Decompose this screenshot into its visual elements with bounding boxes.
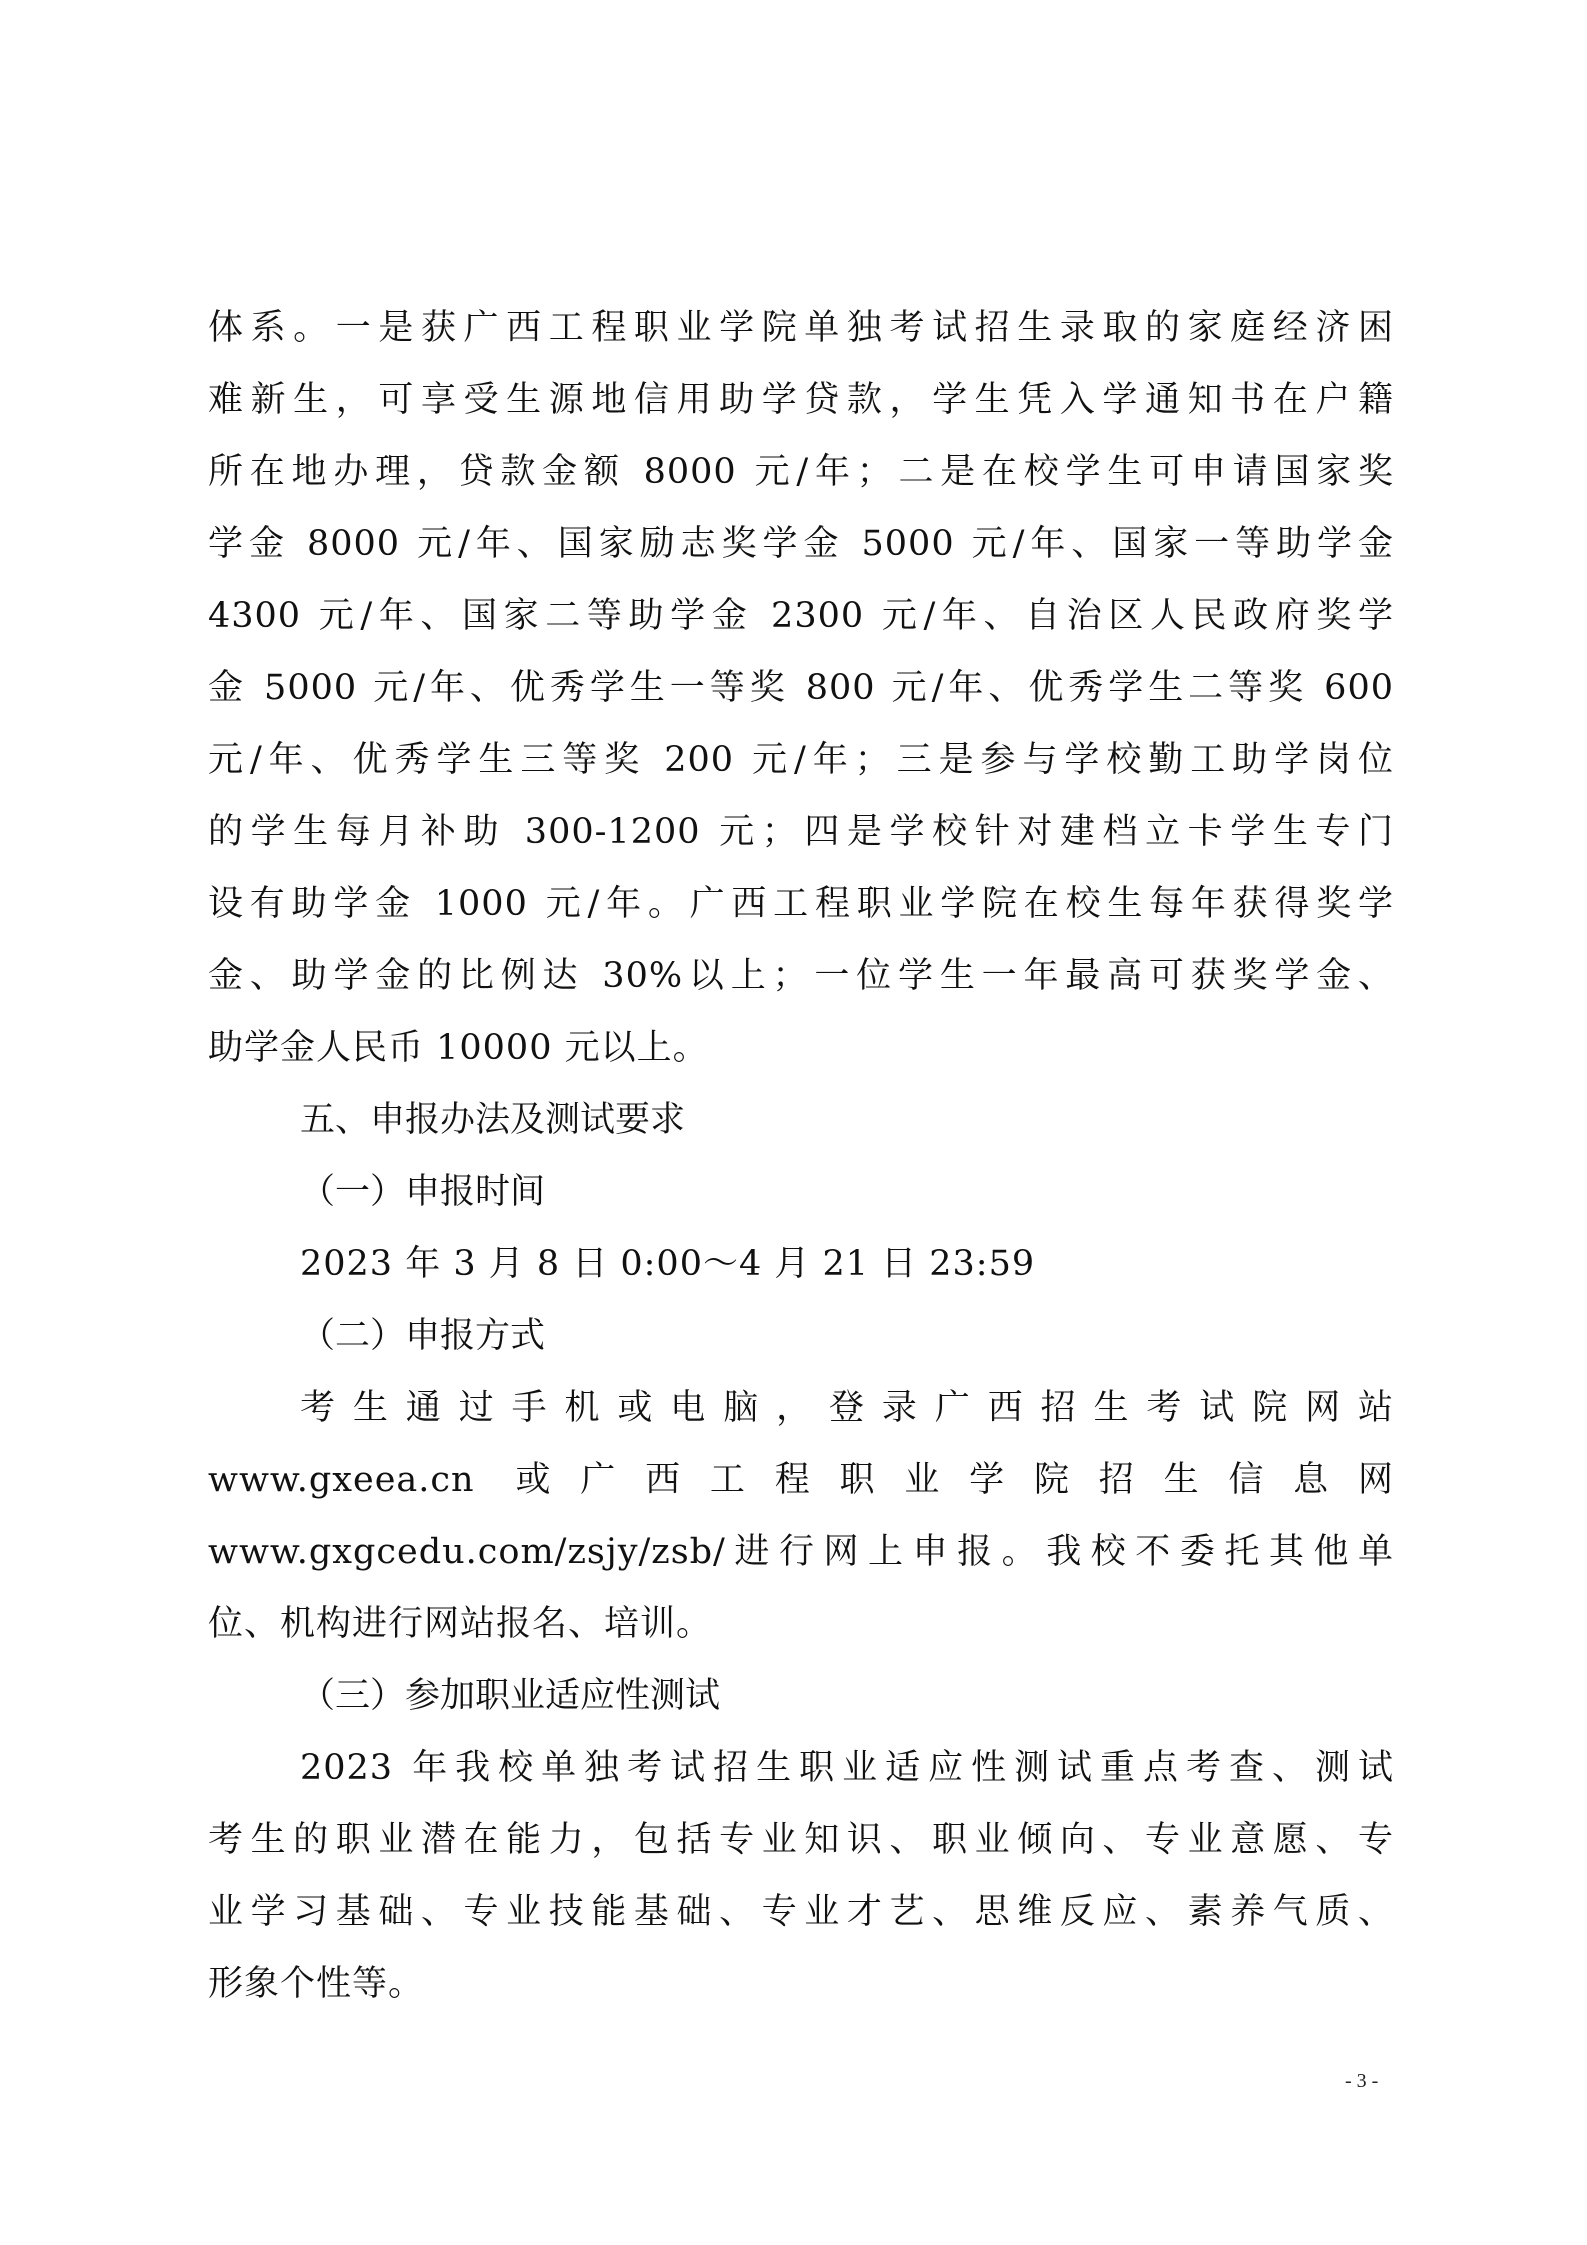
text-line: 的学生每月补助 300-1200 元；四是学校针对建档立卡学生专门 <box>208 796 1394 868</box>
text-line: 助学金人民币 10000 元以上。 <box>208 1012 1394 1084</box>
text-line: 形象个性等。 <box>208 1948 1394 2020</box>
text-line: 考生通过手机或电脑，登录广西招生考试院网站 <box>208 1372 1394 1444</box>
page-number: - 3 - <box>1345 2070 1378 2093</box>
text-line: 业学习基础、专业技能基础、专业才艺、思维反应、素养气质、 <box>208 1876 1394 1948</box>
text-line: 金 5000 元/年、优秀学生一等奖 800 元/年、优秀学生二等奖 600 <box>208 652 1394 724</box>
section-heading: 五、申报办法及测试要求 <box>208 1084 1394 1156</box>
paragraph-aptitude-test: 2023 年我校单独考试招生职业适应性测试重点考查、测试 考生的职业潜在能力，包… <box>208 1732 1394 2020</box>
subsection-heading-test: （三）参加职业适应性测试 <box>208 1660 1394 1732</box>
text-line: 考生的职业潜在能力，包括专业知识、职业倾向、专业意愿、专 <box>208 1804 1394 1876</box>
paragraph-application-method: 考生通过手机或电脑，登录广西招生考试院网站 www.gxeea.cn 或广西工程… <box>208 1372 1394 1660</box>
text-line: 难新生，可享受生源地信用助学贷款，学生凭入学通知书在户籍 <box>208 364 1394 436</box>
application-period-text: 2023 年 3 月 8 日 0:00～4 月 21 日 23:59 <box>208 1228 1394 1300</box>
text-line-link: www.gxeea.cn 或广西工程职业学院招生信息网 <box>208 1444 1394 1516</box>
document-body: 体系。一是获广西工程职业学院单独考试招生录取的家庭经济困 难新生，可享受生源地信… <box>208 292 1394 2020</box>
text-line: 金、助学金的比例达 30%以上；一位学生一年最高可获奖学金、 <box>208 940 1394 1012</box>
text-line-link: www.gxgcedu.com/zsjy/zsb/进行网上申报。我校不委托其他单 <box>208 1516 1394 1588</box>
text-line: 4300 元/年、国家二等助学金 2300 元/年、自治区人民政府奖学 <box>208 580 1394 652</box>
text-line: 2023 年我校单独考试招生职业适应性测试重点考查、测试 <box>208 1732 1394 1804</box>
text-line: 元/年、优秀学生三等奖 200 元/年；三是参与学校勤工助学岗位 <box>208 724 1394 796</box>
document-page: 体系。一是获广西工程职业学院单独考试招生录取的家庭经济困 难新生，可享受生源地信… <box>0 0 1587 2245</box>
subsection-heading-method: （二）申报方式 <box>208 1300 1394 1372</box>
text-line: 体系。一是获广西工程职业学院单独考试招生录取的家庭经济困 <box>208 292 1394 364</box>
subsection-heading-time: （一）申报时间 <box>208 1156 1394 1228</box>
text-line: 学金 8000 元/年、国家励志奖学金 5000 元/年、国家一等助学金 <box>208 508 1394 580</box>
text-line: 位、机构进行网站报名、培训。 <box>208 1588 1394 1660</box>
text-line: 所在地办理，贷款金额 8000 元/年；二是在校学生可申请国家奖 <box>208 436 1394 508</box>
paragraph-financial-aid: 体系。一是获广西工程职业学院单独考试招生录取的家庭经济困 难新生，可享受生源地信… <box>208 292 1394 1084</box>
text-line: 设有助学金 1000 元/年。广西工程职业学院在校生每年获得奖学 <box>208 868 1394 940</box>
